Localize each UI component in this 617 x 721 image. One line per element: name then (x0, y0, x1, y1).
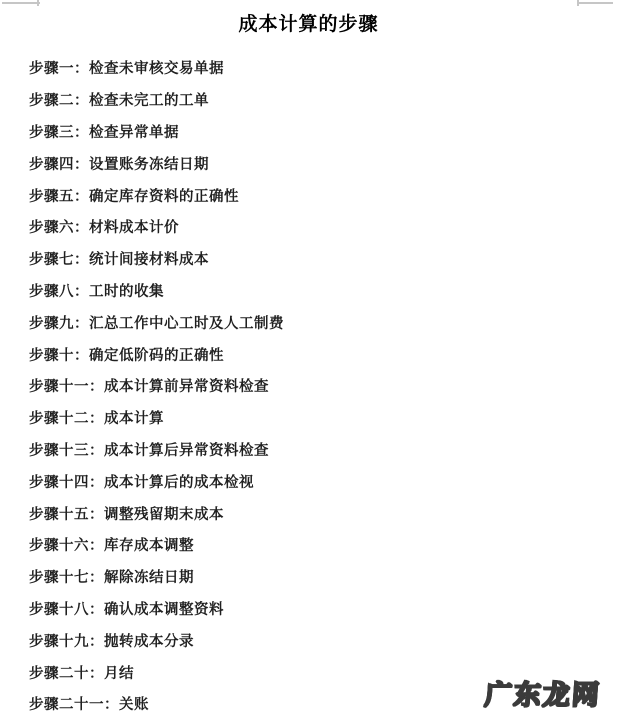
step-line-3: 步骤三：检查异常单据 (29, 116, 607, 148)
page-title: 成本计算的步骤 (0, 0, 617, 36)
step-line-19: 步骤十九：抛转成本分录 (29, 624, 607, 656)
step-line-10: 步骤十：确定低阶码的正确性 (29, 338, 607, 370)
document-page: 成本计算的步骤 步骤一：检查未审核交易单据 步骤二：检查未完工的工单 步骤三：检… (0, 0, 617, 721)
site-watermark: 广东龙网 (484, 673, 603, 712)
step-line-9: 步骤九：汇总工作中心工时及人工制费 (29, 306, 607, 338)
crop-mark-top-right-horizontal-icon (578, 2, 613, 4)
step-line-2: 步骤二：检查未完工的工单 (29, 84, 607, 116)
step-line-8: 步骤八：工时的收集 (29, 275, 607, 307)
step-line-11: 步骤十一：成本计算前异常资料检查 (29, 370, 607, 402)
step-line-4: 步骤四：设置账务冻结日期 (29, 147, 607, 179)
crop-mark-top-right-vertical-icon (577, 0, 579, 6)
step-line-14: 步骤十四：成本计算后的成本检视 (29, 465, 607, 497)
step-line-13: 步骤十三：成本计算后异常资料检查 (29, 434, 607, 466)
step-line-15: 步骤十五：调整残留期末成本 (29, 497, 607, 529)
step-line-6: 步骤六：材料成本计价 (29, 211, 607, 243)
step-line-17: 步骤十七：解除冻结日期 (29, 561, 607, 593)
step-line-5: 步骤五：确定库存资料的正确性 (29, 179, 607, 211)
step-line-7: 步骤七：统计间接材料成本 (29, 243, 607, 275)
step-line-18: 步骤十八：确认成本调整资料 (29, 593, 607, 625)
crop-mark-top-left-vertical-icon (37, 0, 39, 6)
step-line-12: 步骤十二：成本计算 (29, 402, 607, 434)
step-line-1: 步骤一：检查未审核交易单据 (29, 52, 607, 84)
crop-mark-top-left-horizontal-icon (2, 2, 40, 4)
step-line-16: 步骤十六：库存成本调整 (29, 529, 607, 561)
steps-list: 步骤一：检查未审核交易单据 步骤二：检查未完工的工单 步骤三：检查异常单据 步骤… (29, 52, 607, 720)
